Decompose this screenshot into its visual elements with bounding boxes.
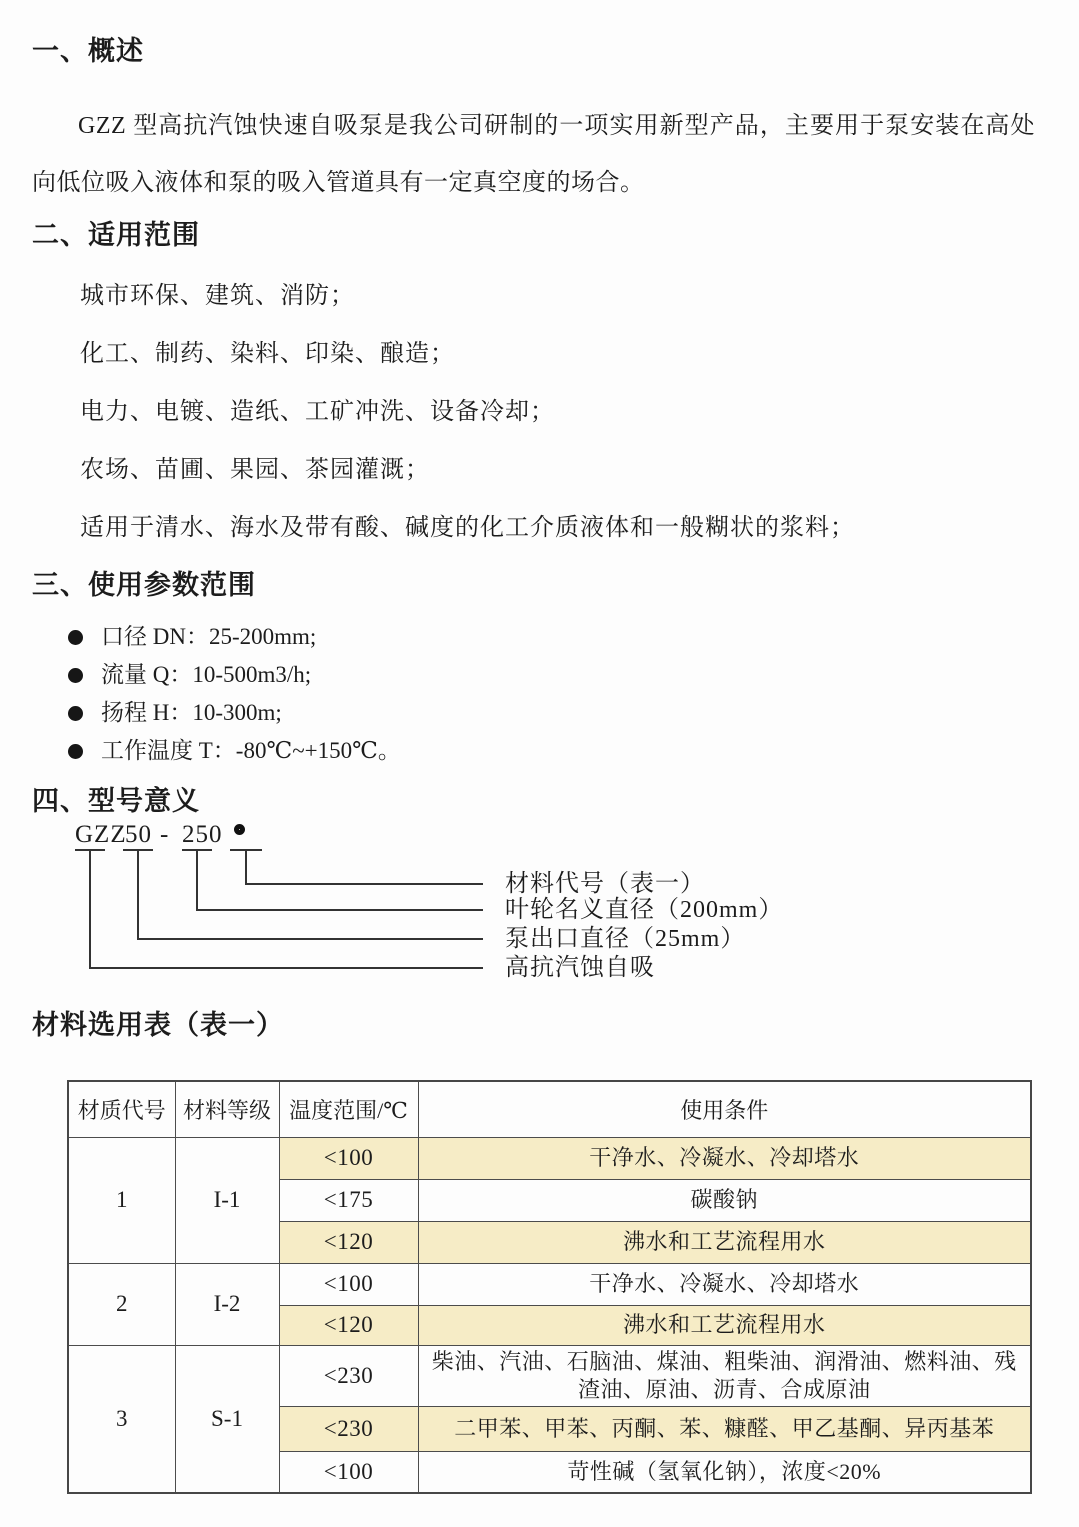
param-item-label: 流量 Q：10-500m3/h; [101, 660, 311, 690]
header-cell-grade: 材料等级 [175, 1081, 279, 1137]
param-item: 工作温度 T：-80℃~+150℃。 [68, 736, 1035, 766]
diagram-label-outlet: 泵出口直径（25mm） [505, 924, 745, 954]
bullet-icon [68, 668, 83, 683]
model-code-diagram: GZZ 50 - 250 材料代号（表一） 叶轮名义直径（200mm） 泵出口直… [32, 822, 1035, 994]
temp-cell: <100 [279, 1451, 418, 1493]
parameters-list: 口径 DN：25-200mm; 流量 Q：10-500m3/h; 扬程 H：10… [68, 622, 1035, 766]
header-cell-code: 材质代号 [68, 1081, 175, 1137]
overview-paragraph: GZZ 型高抗汽蚀快速自吸泵是我公司研制的一项实用新型产品，主要用于泵安装在高处… [32, 98, 1035, 212]
parameters-heading: 三、使用参数范围 [32, 570, 1035, 600]
table-row: 3 S-1 <230 柴油、汽油、石脑油、煤油、粗柴油、润滑油、燃料油、残渣油、… [68, 1345, 1031, 1406]
scope-item: 城市环保、建筑、消防； [80, 282, 1035, 310]
condition-cell: 沸水和工艺流程用水 [418, 1221, 1031, 1263]
table-header-row: 材质代号 材料等级 温度范围/℃ 使用条件 [68, 1081, 1031, 1137]
materials-table: 材质代号 材料等级 温度范围/℃ 使用条件 1 I-1 <100 干净水、冷凝水… [67, 1080, 1032, 1494]
diagram-label-impeller: 叶轮名义直径（200mm） [505, 895, 783, 925]
condition-cell: 沸水和工艺流程用水 [418, 1305, 1031, 1345]
header-cell-condition: 使用条件 [418, 1081, 1031, 1137]
temp-cell: <100 [279, 1137, 418, 1179]
param-item: 流量 Q：10-500m3/h; [68, 660, 1035, 690]
scope-item: 化工、制药、染料、印染、酿造； [80, 340, 1035, 368]
scope-item: 适用于清水、海水及带有酸、碱度的化工介质液体和一般糊状的浆料； [80, 514, 1035, 542]
code-cell: 2 [68, 1263, 175, 1345]
param-item-label: 口径 DN：25-200mm; [101, 622, 316, 652]
param-item: 扬程 H：10-300m; [68, 698, 1035, 728]
table-title: 材料选用表（表一） [32, 1010, 1035, 1040]
condition-cell: 柴油、汽油、石脑油、煤油、粗柴油、润滑油、燃料油、残渣油、原油、沥青、合成原油 [418, 1345, 1031, 1406]
param-item-label: 工作温度 T：-80℃~+150℃。 [101, 736, 401, 766]
grade-cell: I-2 [175, 1263, 279, 1345]
temp-cell: <120 [279, 1305, 418, 1345]
temp-cell: <230 [279, 1406, 418, 1451]
temp-cell: <120 [279, 1221, 418, 1263]
param-item-label: 扬程 H：10-300m; [101, 698, 282, 728]
model-heading: 四、型号意义 [32, 786, 1035, 816]
condition-cell: 二甲苯、甲苯、丙酮、苯、糠醛、甲乙基酮、异丙基苯 [418, 1406, 1031, 1451]
grade-cell: I-1 [175, 1137, 279, 1263]
document-page: 一、概述 GZZ 型高抗汽蚀快速自吸泵是我公司研制的一项实用新型产品，主要用于泵… [0, 0, 1079, 1527]
scope-item: 农场、苗圃、果园、茶园灌溉； [80, 456, 1035, 484]
scope-heading: 二、适用范围 [32, 220, 1035, 250]
table-row: 2 I-2 <100 干净水、冷凝水、冷却塔水 [68, 1263, 1031, 1305]
diagram-label-selfprime: 高抗汽蚀自吸 [505, 953, 655, 983]
bullet-icon [68, 706, 83, 721]
table-row: 1 I-1 <100 干净水、冷凝水、冷却塔水 [68, 1137, 1031, 1179]
header-cell-temp: 温度范围/℃ [279, 1081, 418, 1137]
temp-cell: <230 [279, 1345, 418, 1406]
temp-cell: <175 [279, 1179, 418, 1221]
condition-cell: 苛性碱（氢氧化钠），浓度<20% [418, 1451, 1031, 1493]
condition-cell: 碳酸钠 [418, 1179, 1031, 1221]
code-cell: 3 [68, 1345, 175, 1493]
bullet-icon [68, 630, 83, 645]
param-item: 口径 DN：25-200mm; [68, 622, 1035, 652]
overview-heading: 一、概述 [32, 36, 1035, 66]
bullet-icon [68, 744, 83, 759]
grade-cell: S-1 [175, 1345, 279, 1493]
condition-cell: 干净水、冷凝水、冷却塔水 [418, 1137, 1031, 1179]
temp-cell: <100 [279, 1263, 418, 1305]
code-cell: 1 [68, 1137, 175, 1263]
condition-cell: 干净水、冷凝水、冷却塔水 [418, 1263, 1031, 1305]
scope-item: 电力、电镀、造纸、工矿冲洗、设备冷却； [80, 398, 1035, 426]
